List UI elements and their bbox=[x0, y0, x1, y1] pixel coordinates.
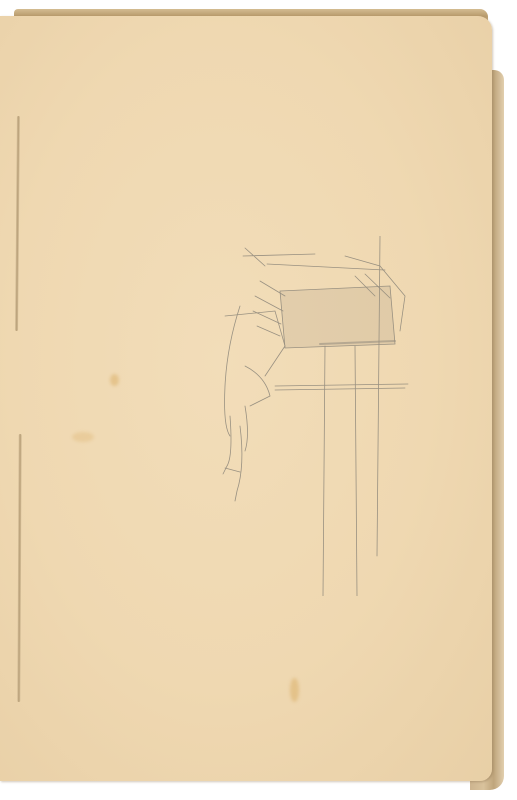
sketchbook-page bbox=[0, 16, 492, 781]
foxing-stain bbox=[110, 374, 119, 386]
binding-stitch-bottom bbox=[17, 434, 21, 702]
foxing-stain bbox=[72, 432, 94, 442]
binding-stitch-top bbox=[15, 116, 20, 331]
foxing-stain bbox=[290, 678, 299, 702]
pencil-sketch bbox=[205, 236, 420, 596]
